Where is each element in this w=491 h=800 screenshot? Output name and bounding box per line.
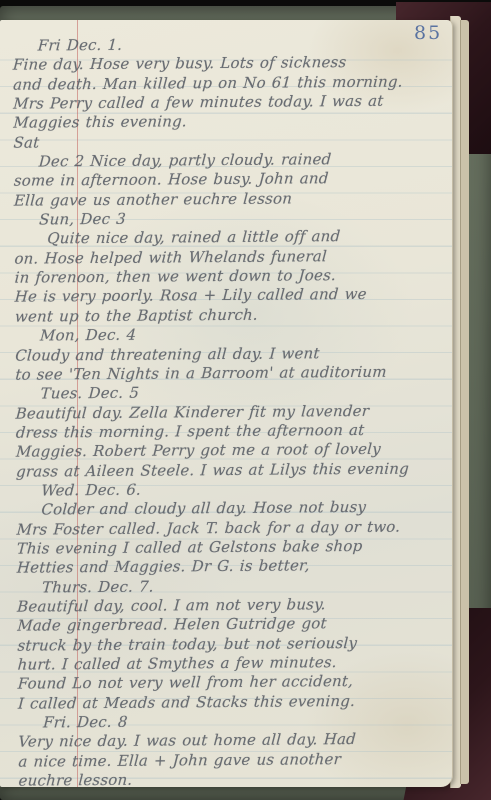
page-edge [460, 20, 469, 784]
diary-photo: { "page": { "number": "85" }, "diary": {… [0, 0, 491, 800]
handwriting: Fri Dec. 1.Fine day. Hose very busy. Lot… [0, 33, 451, 791]
diary-line: euchre lesson. [3, 768, 452, 791]
photo-frame: 85 Fri Dec. 1.Fine day. Hose very busy. … [0, 0, 491, 800]
diary-page: 85 Fri Dec. 1.Fine day. Hose very busy. … [0, 20, 453, 787]
